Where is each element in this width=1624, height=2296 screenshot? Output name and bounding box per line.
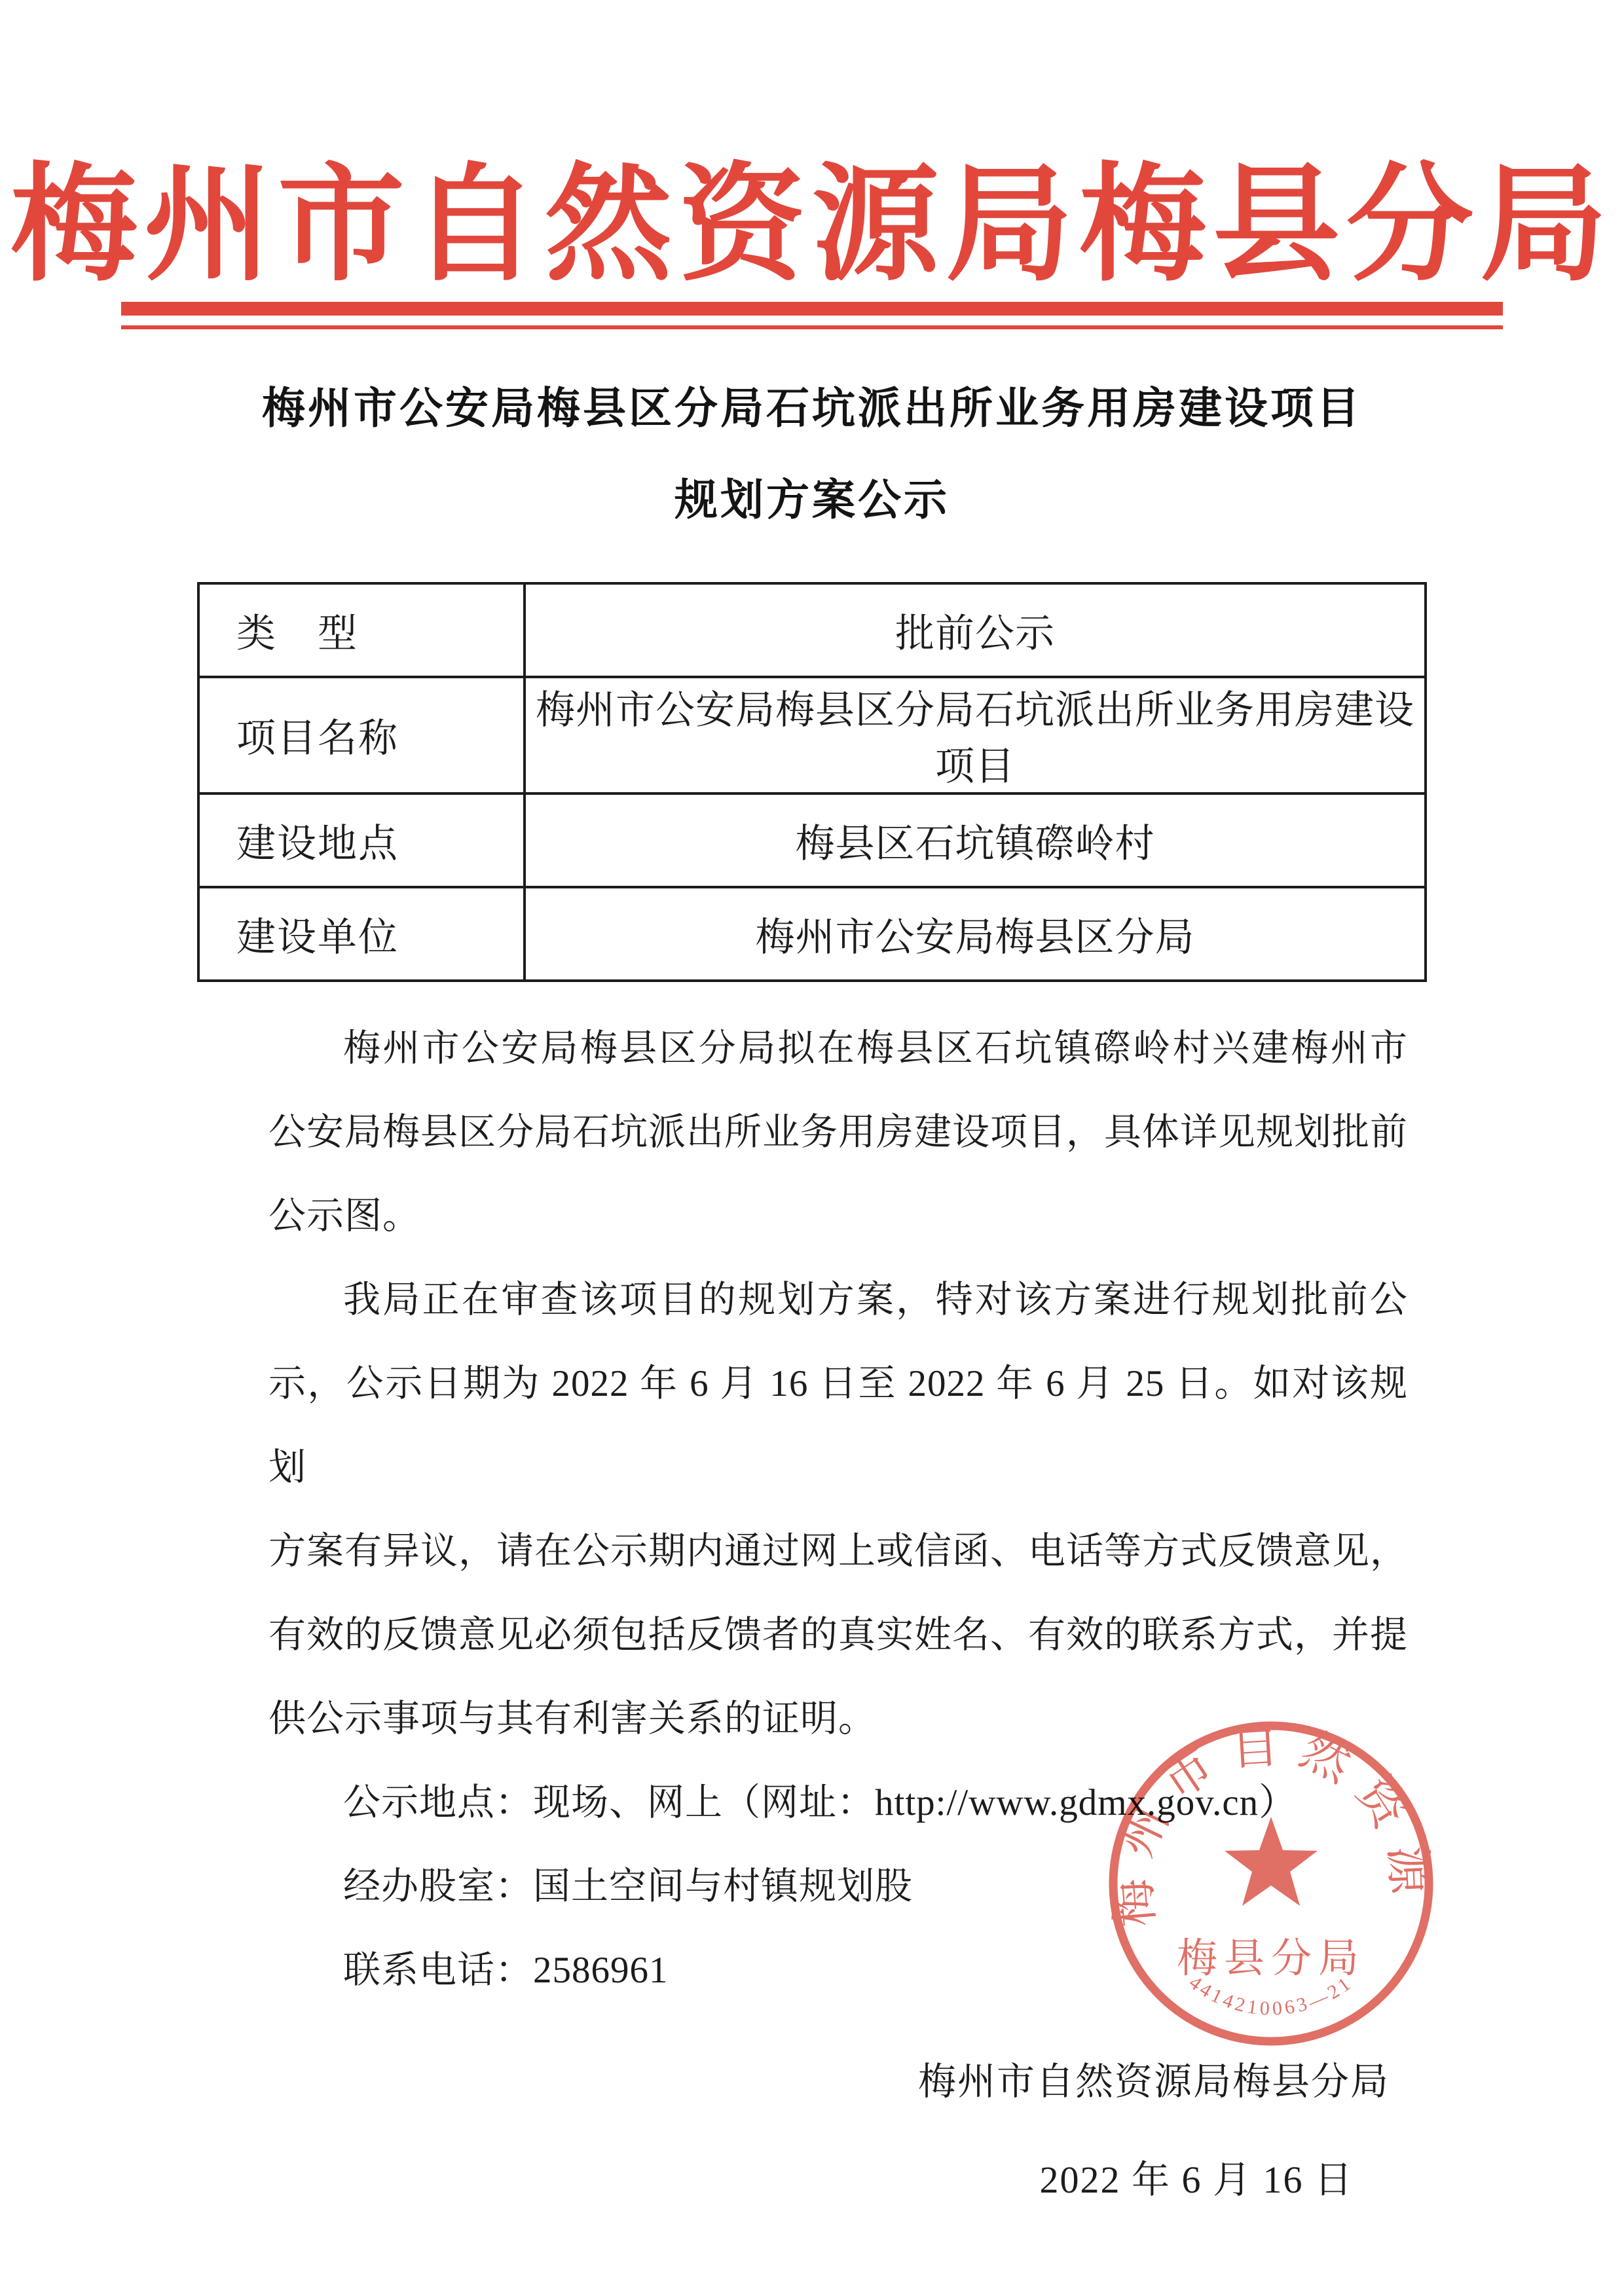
table-row-project-name: 项目名称 梅州市公安局梅县区分局石坑派出所业务用房建设项目: [198, 677, 1426, 793]
row-project-name-label: 项目名称: [198, 677, 525, 793]
document-title-line2: 规划方案公示: [0, 469, 1624, 532]
table-row-location: 建设地点 梅县区石坑镇磜岭村: [198, 793, 1426, 887]
row-type-value: 批前公示: [525, 583, 1426, 677]
document-page: 梅州市自然资源局梅县分局 梅州市公安局梅县区分局石坑派出所业务用房建设项目 规划…: [0, 0, 1624, 2296]
body-line: 公安局梅县区分局石坑派出所业务用房建设项目，具体详见规划批前: [268, 1091, 1408, 1175]
stamp-star-icon: [1225, 1817, 1318, 1906]
project-info-table: 类 型 批前公示 项目名称 梅州市公安局梅县区分局石坑派出所业务用房建设项目 建…: [197, 582, 1427, 982]
stamp-center-text: 梅县分局: [1177, 1937, 1365, 1981]
table-row-type: 类 型 批前公示: [198, 583, 1426, 677]
row-project-name-value: 梅州市公安局梅县区分局石坑派出所业务用房建设项目: [525, 677, 1426, 793]
table-row-builder: 建设单位 梅州市公安局梅县区分局: [198, 887, 1426, 981]
official-stamp: 梅州市自然资源局 梅县分局 4414210063—21: [1104, 1717, 1438, 2050]
body-line: 公示图。: [268, 1175, 1408, 1258]
document-title-line1: 梅州市公安局梅县区分局石坑派出所业务用房建设项目: [0, 378, 1624, 441]
body-line: 方案有异议，请在公示期内通过网上或信函、电话等方式反馈意见，: [268, 1510, 1408, 1594]
body-line: 我局正在审查该项目的规划方案，特对该方案进行规划批前公: [268, 1258, 1408, 1342]
header-rule-thick: [121, 302, 1503, 316]
agency-header-title: 梅州市自然资源局梅县分局: [0, 0, 1624, 293]
body-line: 有效的反馈意见必须包括反馈者的真实姓名、有效的联系方式，并提: [268, 1594, 1408, 1677]
row-builder-label: 建设单位: [198, 887, 525, 981]
row-location-label: 建设地点: [198, 793, 525, 887]
signature-date: 2022 年 6 月 16 日: [0, 2147, 1624, 2213]
body-line: 示，公示日期为 2022 年 6 月 16 日至 2022 年 6 月 25 日…: [268, 1342, 1408, 1510]
signature-agency: 梅州市自然资源局梅县分局: [0, 2049, 1624, 2115]
body-line: 梅州市公安局梅县区分局拟在梅县区石坑镇磜岭村兴建梅州市: [268, 1007, 1408, 1091]
row-builder-value: 梅州市公安局梅县区分局: [525, 887, 1426, 981]
row-location-value: 梅县区石坑镇磜岭村: [525, 793, 1426, 887]
row-type-label: 类 型: [198, 583, 525, 677]
header-rule-thin: [121, 325, 1503, 329]
